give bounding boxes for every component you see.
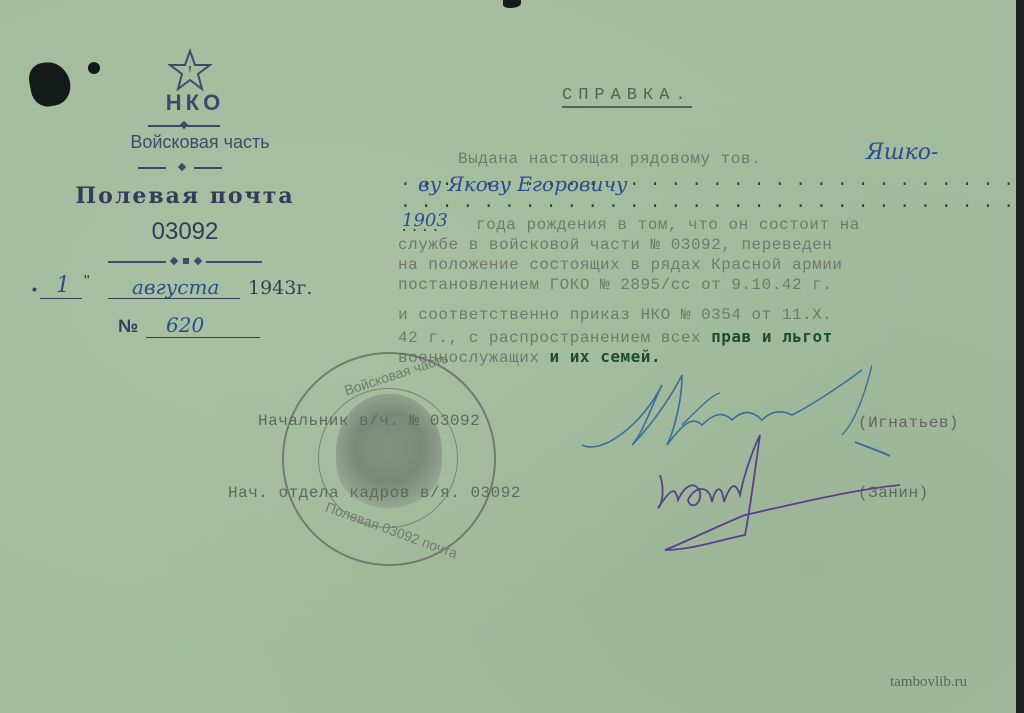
paper-damage: [88, 62, 100, 74]
body-line-5: на положение состоящих в рядах Красной а…: [398, 256, 842, 274]
underline: [40, 298, 82, 299]
divider-ornament: [170, 257, 178, 265]
signatory-role-2: Нач. отдела кадров в/я. 03092: [228, 484, 521, 502]
divider-ornament: [178, 163, 186, 171]
paper-damage: [503, 0, 521, 8]
divider: [138, 167, 166, 169]
field-post-label: Полевая почта: [40, 183, 330, 209]
date-month: августа: [132, 275, 219, 299]
divider-ornament: [183, 258, 189, 264]
date-day: 1: [56, 273, 70, 298]
org-label: НКО: [145, 90, 245, 116]
divider-ornament: [180, 121, 188, 129]
document-number: № 620: [118, 313, 268, 339]
field-post-number: 03092: [110, 218, 260, 246]
divider-ornament: [194, 257, 202, 265]
signature-2: [650, 430, 910, 560]
underline: [146, 337, 260, 338]
document-title: СПРАВКА.: [562, 86, 692, 108]
number-sign: №: [118, 316, 138, 337]
round-seal: Войсковая часть Полевая 03092 почта: [282, 352, 496, 566]
body-line-8: 42 г., с распространением всех прав и ль…: [398, 327, 833, 347]
fill-dots: ........................................…: [400, 193, 1024, 213]
paper-damage: [26, 59, 73, 109]
divider: [206, 261, 262, 263]
date-quote: ": [84, 273, 90, 291]
body-line-1-typed: Выдана настоящая рядовому тов.: [458, 150, 761, 168]
underline: [108, 298, 240, 299]
date-year: 1943г.: [248, 277, 312, 299]
star-icon: [168, 48, 212, 92]
unit-label: Войсковая часть: [80, 132, 320, 153]
scan-border: [1016, 0, 1024, 713]
signatory-role-1: Начальник в/ч. № 03092: [258, 412, 480, 430]
number-value: 620: [166, 313, 204, 337]
document-paper: НКО Войсковая часть Полевая почта 03092 …: [0, 0, 1016, 713]
body-line-7: и соответственно приказ НКО № 0354 от 11…: [398, 306, 832, 324]
body-line-6: постановлением ГОКО № 2895/сс от 9.10.42…: [398, 276, 832, 294]
fill-dots: ....: [400, 220, 442, 236]
divider: [194, 167, 222, 169]
watermark: tambovlib.ru: [890, 674, 967, 691]
body-line-4: службе в войсковой части № 03092, переве…: [398, 236, 832, 254]
divider: [108, 261, 166, 263]
issue-date: • 1 " августа 1943г.: [32, 273, 332, 299]
surname-handwritten: Яшко-: [866, 140, 938, 165]
body-line-3: года рождения в том, что он состоит на: [476, 216, 860, 234]
